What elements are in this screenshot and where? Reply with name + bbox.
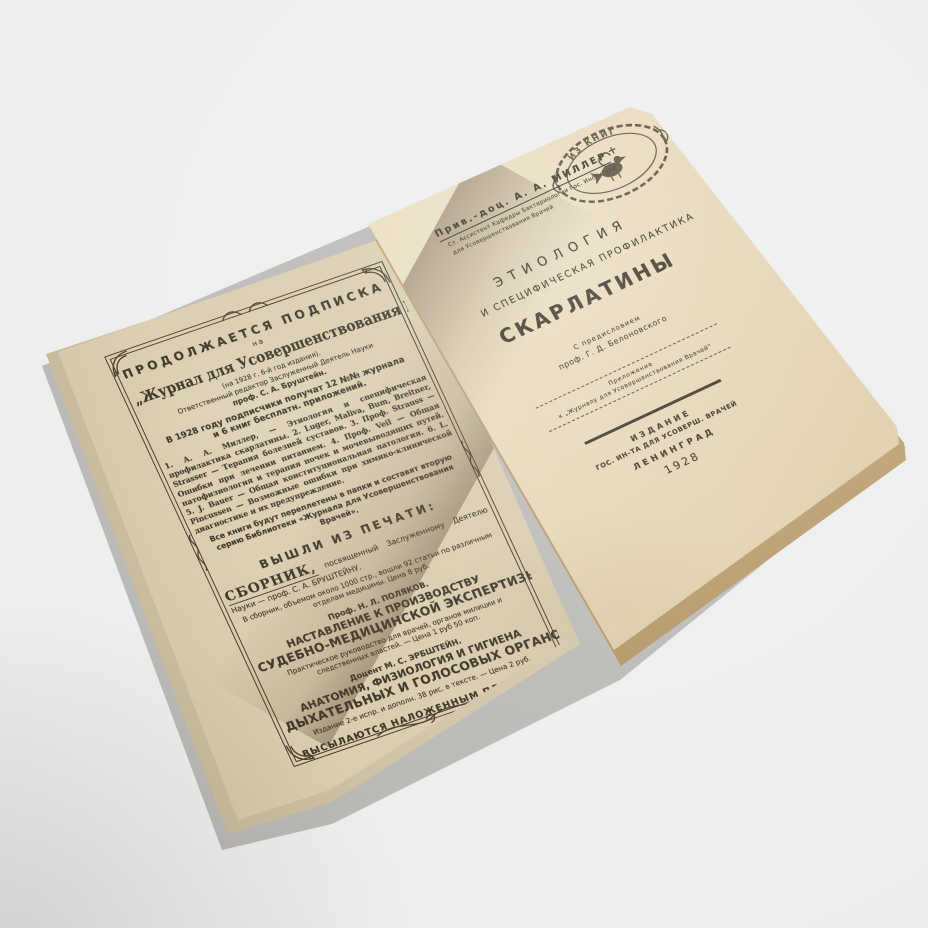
book-photo: ПРОДОЛЖАЕТСЯ ПОДПИСКА на „Журнал для Усо… <box>0 0 928 928</box>
bird-icon <box>582 144 634 189</box>
stamp-ribbon-right <box>654 123 671 143</box>
stamp-text: ИЗ КНИГ <box>562 125 622 164</box>
svg-text:ИЗ КНИГ: ИЗ КНИГ <box>562 125 622 164</box>
